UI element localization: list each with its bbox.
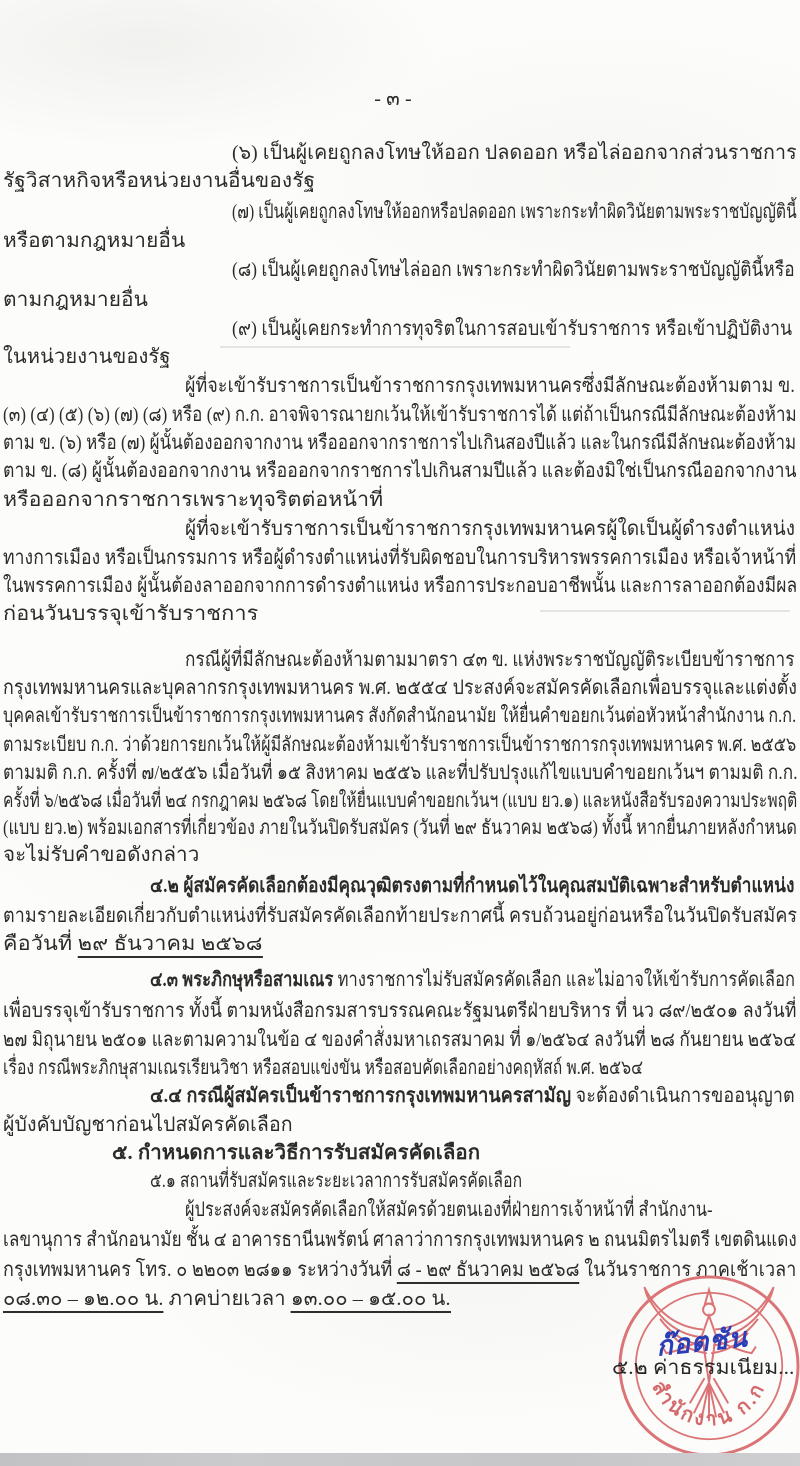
- section-4-3-line-3: ๒๗ มิถุนายน ๒๕๐๑ และตามความในข้อ ๔ ของคำ…: [3, 1027, 796, 1053]
- paragraph-exemption-line-2: (๓) (๔) (๕) (๖) (๗) (๘) หรือ (๙) ก.ก. อา…: [3, 402, 797, 428]
- section-4-3-line-4: เรื่อง กรณีพระภิกษุสามเณรเรียนวิชา หรือส…: [3, 1055, 643, 1081]
- clause-8-line-2: ตามกฎหมายอื่น: [3, 287, 148, 313]
- closing-date-label: คือวันที่: [3, 933, 78, 955]
- application-dates-underlined: ๘ - ๒๙ ธันวาคม ๒๕๖๘: [397, 1259, 580, 1284]
- section-4-4-line-1-rest: จะต้องดำเนินการขออนุญาต: [571, 1085, 795, 1107]
- scan-artifact-line: [220, 346, 570, 348]
- section-4-3-line-1-rest: ทางราชการไม่รับสมัครคัดเลือก และไม่อาจให…: [333, 969, 795, 991]
- section-4-4-line-2: ผู้บังคับบัญชาก่อนไปสมัครคัดเลือก: [3, 1112, 293, 1138]
- clause-9-line-1: (๙) เป็นผู้เคยกระทำการทุจริตในการสอบเข้า…: [232, 316, 792, 342]
- clause-8-line-1: (๘) เป็นผู้เคยถูกลงโทษไล่ออก เพราะกระทำผ…: [232, 257, 795, 283]
- clause-6-line-1: (๖) เป็นผู้เคยถูกลงโทษให้ออก ปลดออก หรือ…: [232, 140, 797, 166]
- section-5-2-fragment: ๕.๒ ค่าธรรมเนียม...: [612, 1351, 794, 1383]
- paragraph-political-line-2: ทางการเมือง หรือเป็นกรรมการ หรือผู้ดำรงต…: [3, 545, 796, 571]
- clause-7-line-2: หรือตามกฎหมายอื่น: [3, 228, 185, 254]
- paragraph-section43-line-1: กรณีผู้ที่มีลักษณะต้องห้ามตามมาตรา ๔๓ ข.…: [185, 647, 795, 673]
- paragraph-political-line-4: ก่อนวันบรรจุเข้ารับราชการ: [3, 601, 258, 627]
- paragraph-exemption-line-5: หรือออกจากราชการเพราะทุจริตต่อหน้าที่: [3, 487, 383, 513]
- paragraph-section43-line-8: จะไม่รับคำขอดังกล่าว: [3, 842, 199, 868]
- section-5-1-line-4: ๐๘.๓๐ – ๑๒.๐๐ น. ภาคบ่ายเวลา ๑๓.๐๐ – ๑๕.…: [3, 1286, 451, 1312]
- section-4-2-line-2: ตามรายละเอียดเกี่ยวกับตำแหน่งที่รับสมัคร…: [3, 903, 797, 929]
- clause-9-line-2: ในหน่วยงานของรัฐ: [3, 344, 171, 370]
- paragraph-section43-line-5: ตามมติ ก.ก. ครั้งที่ ๗/๒๕๕๖ เมื่อวันที่ …: [3, 760, 798, 786]
- paragraph-section43-line-2: กรุงเทพมหานครและบุคลากรกรุงเทพมหานคร พ.ศ…: [3, 675, 797, 701]
- clause-6-line-2: รัฐวิสาหกิจหรือหน่วยงานอื่นของรัฐ: [3, 168, 315, 194]
- section-4-3-heading: ๔.๓ พระภิกษุหรือสามเณร: [150, 969, 333, 991]
- paragraph-section43-line-6: ครั้งที่ ๖/๒๕๖๘ เมื่อวันที่ ๒๔ กรกฎาคม ๒…: [3, 788, 797, 814]
- paragraph-political-line-1: ผู้ที่จะเข้ารับราชการเป็นข้าราชการกรุงเท…: [185, 516, 795, 542]
- scan-artifact-line: [540, 610, 790, 612]
- afternoon-label: ภาคบ่ายเวลา: [164, 1288, 291, 1310]
- afternoon-hours-underlined: ๑๓.๐๐ – ๑๕.๐๐ น.: [291, 1288, 451, 1313]
- section-4-4-line-1: ๔.๔ กรณีผู้สมัครเป็นข้าราชการกรุงเทพมหาน…: [150, 1083, 795, 1109]
- page-number: - ๓ -: [348, 86, 438, 112]
- clause-7-line-1: (๗) เป็นผู้เคยถูกลงโทษให้ออกหรือปลดออก เ…: [232, 199, 797, 225]
- section-4-2-line-3: คือวันที่ ๒๙ ธันวาคม ๒๕๖๘: [3, 931, 263, 957]
- paragraph-political-line-3: ในพรรคการเมือง ผู้นั้นต้องลาออกจากการดำร…: [3, 573, 797, 599]
- section-4-2-line-1: ๔.๒ ผู้สมัครคัดเลือกต้องมีคุณวุฒิตรงตามท…: [150, 873, 794, 899]
- paragraph-section43-line-7: (แบบ ยว.๒) พร้อมเอกสารที่เกี่ยวข้อง ภายใ…: [3, 815, 797, 841]
- address-phone-text: กรุงเทพมหานคร โทร. ๐ ๒๒๐๓ ๒๘๑๑ ระหว่างวั…: [3, 1259, 397, 1281]
- morning-hours-underlined: ๐๘.๓๐ – ๑๒.๐๐ น.: [3, 1288, 164, 1313]
- section-5-heading: ๕. กำหนดการและวิธีการรับสมัครคัดเลือก: [112, 1140, 480, 1166]
- scan-edge-strip: [0, 1453, 800, 1466]
- section-4-3-line-2: เพื่อบรรจุเข้ารับราชการ ทั้งนี้ ตามหนังส…: [3, 998, 797, 1024]
- paragraph-exemption-line-3: ตาม ข. (๖) หรือ (๗) ผู้นั้นต้องออกจากงาน…: [3, 430, 796, 456]
- section-5-1-line-2: เลขานุการ สำนักอนามัย ชั้น ๔ อาคารธานีนพ…: [3, 1227, 797, 1253]
- section-4-4-heading: ๔.๔ กรณีผู้สมัครเป็นข้าราชการกรุงเทพมหาน…: [150, 1085, 571, 1107]
- paragraph-exemption-line-4: ตาม ข. (๘) ผู้นั้นต้องออกจากงาน หรือออกจ…: [3, 458, 797, 484]
- scanned-document-page: - ๓ - (๖) เป็นผู้เคยถูกลงโทษให้ออก ปลดออ…: [0, 0, 800, 1466]
- paragraph-section43-line-4: ตามระเบียบ ก.ก. ว่าด้วยการยกเว้นให้ผู้มี…: [3, 732, 796, 758]
- paragraph-exemption-line-1: ผู้ที่จะเข้ารับราชการเป็นข้าราชการกรุงเท…: [185, 373, 795, 399]
- paragraph-section43-line-3: บุคคลเข้ารับราชการเป็นข้าราชการกรุงเทพมห…: [3, 703, 796, 729]
- section-5-1-line-1: ผู้ประสงค์จะสมัครคัดเลือกให้สมัครด้วยตนเ…: [185, 1197, 713, 1223]
- closing-date-underlined: ๒๙ ธันวาคม ๒๕๖๘: [78, 933, 263, 958]
- section-5-1-heading: ๕.๑ สถานที่รับสมัครและระยะเวลาการรับสมัค…: [150, 1168, 522, 1194]
- section-4-3-line-1: ๔.๓ พระภิกษุหรือสามเณร ทางราชการไม่รับสม…: [150, 967, 795, 993]
